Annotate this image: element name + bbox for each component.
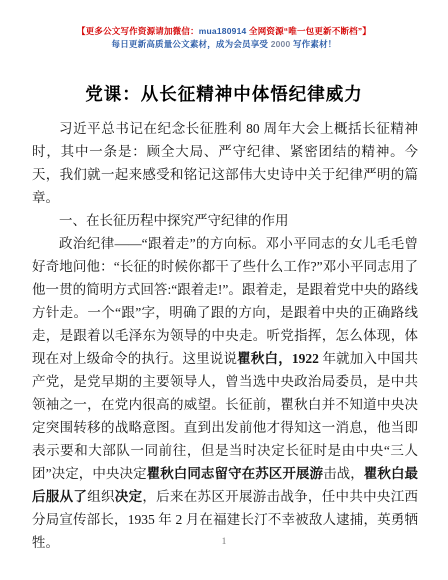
document-page: 【更多公文写作资源请加微信：mua180914 全网资源“唯一包更新不断档”】 … <box>0 0 448 580</box>
promo-line1-suffix: 全网资源“唯一包更新不断档”】 <box>246 26 371 36</box>
promo-banner: 【更多公文写作资源请加微信：mua180914 全网资源“唯一包更新不断档”】 … <box>0 0 448 51</box>
paragraph-intro: 习近平总书记在纪念长征胜利 80 周年大会上概括长征精神时，其中一条是：顾全大局… <box>32 117 418 209</box>
promo-line1-prefix: 【更多公文写作资源请加微信： <box>77 26 199 36</box>
text-run: 决定 <box>115 489 143 504</box>
text-run: 组织 <box>87 489 115 504</box>
promo-line2-prefix: 每日更新高质量公文素材，成为会员享受 <box>112 39 271 49</box>
text-run: 击战， <box>323 466 364 481</box>
promo-line-1: 【更多公文写作资源请加微信：mua180914 全网资源“唯一包更新不断档”】 <box>0 25 448 38</box>
document-body: 习近平总书记在纪念长征胜利 80 周年大会上概括长征精神时，其中一条是：顾全大局… <box>32 117 418 554</box>
promo-line2-suffix: 写作素材！ <box>290 39 336 49</box>
section-heading: 一、在长征历程中探究严守纪律的作用 <box>32 209 418 232</box>
promo-line2-number: 2000 <box>271 39 291 49</box>
paragraph-political-discipline: 政治纪律——“跟着走”的方向标。邓小平同志的女儿毛毛曾好奇地问他：“长征的时候你… <box>32 232 418 554</box>
text-run: 瞿秋白，1922 <box>237 351 319 366</box>
text-run: 政治纪律——“跟着走”的方向标。邓小平同志的女儿毛毛曾好奇地问他：“长征的时候你… <box>32 236 418 366</box>
promo-wechat-id: mua180914 <box>199 26 247 36</box>
promo-line-2: 每日更新高质量公文素材，成为会员享受 2000 写作素材！ <box>0 38 448 51</box>
text-run: 瞿秋白同志留守在苏区开展游 <box>147 466 323 481</box>
text-run: 年就加入中国共产党，是党早期的主要领导人，曾当选中央政治局委员，是中共领袖之一，… <box>32 351 418 481</box>
page-number: 1 <box>0 537 448 547</box>
document-title: 党课：从长征精神中体悟纪律威力 <box>0 81 448 106</box>
